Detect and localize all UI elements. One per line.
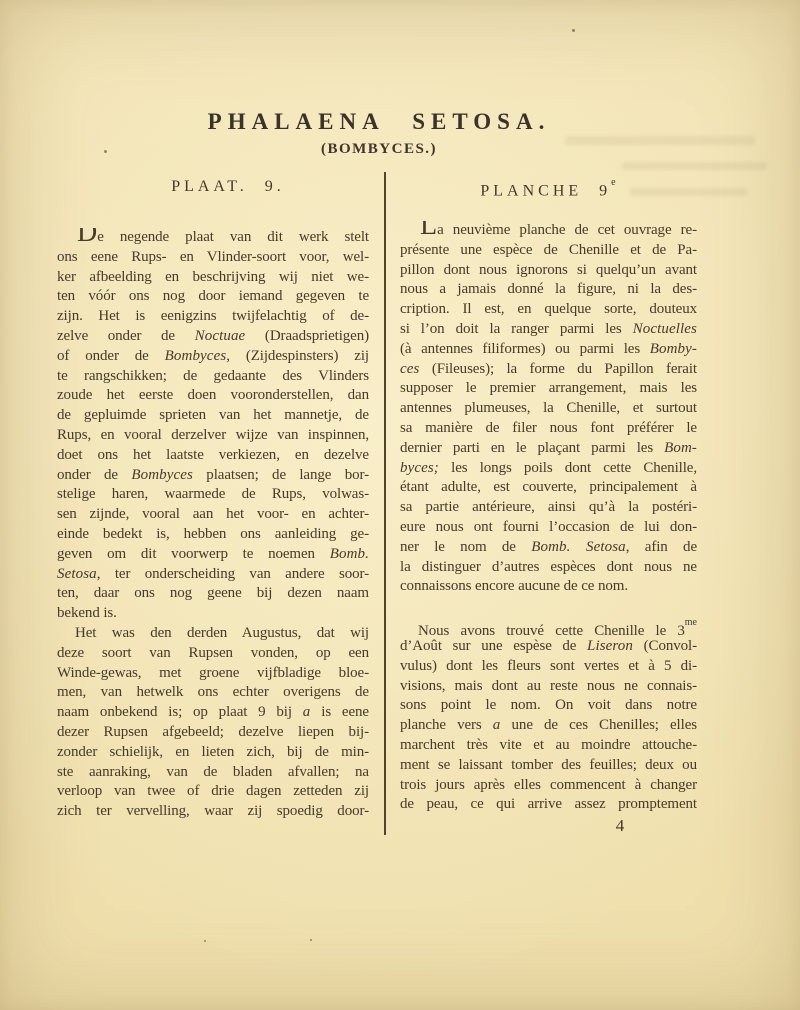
text-line: bekend is. <box>57 604 369 624</box>
text-line: sen zijnde, vooral aan het voor- en acht… <box>57 505 369 525</box>
page-subtitle: (BOMBYCES.) <box>0 140 758 158</box>
text-line: zoude het eerste doen vooronderstellen, … <box>57 386 369 406</box>
text-line: étant adulte, est couverte, principaleme… <box>400 478 697 498</box>
left-column: De negende plaat van dit werk steltons e… <box>57 228 369 822</box>
text-line: zijn. Het is eenigzins twijfelachtig of … <box>57 307 369 327</box>
text-line: Winde-gewas, met groene vijfbladige bloe… <box>57 664 369 684</box>
book-page: PHALAENA SETOSA. (BOMBYCES.) PLAAT. 9. P… <box>0 0 800 1010</box>
paragraph: La neuvième planche de cet ouvrage re-pr… <box>400 221 697 597</box>
text-line: sa manière de filer nous font préférer l… <box>400 419 697 439</box>
text-line: Het was den derden Augustus, dat wij <box>57 624 369 644</box>
text-line: byces; les longs poils dont cette Chenil… <box>400 459 697 479</box>
text-line: ten, daar ons nog geene bij dezen naam <box>57 584 369 604</box>
text-line: la distinguer d’autres espèces dont nous… <box>400 558 697 578</box>
page-number: 4 <box>608 816 632 836</box>
text-line: stelige haren, waarmede de Rups, volwas- <box>57 485 369 505</box>
text-line: visions, mais dont au reste nous ne conn… <box>400 677 697 697</box>
text-line: dernier parti en le plaçant parmi les Bo… <box>400 439 697 459</box>
text-line: vulus) dont les fleurs sont vertes et à … <box>400 657 697 677</box>
text-line: sa partie antérieure, ainsi qu’à la post… <box>400 498 697 518</box>
text-line: zonder schielijk, en lieten zich, bij de… <box>57 743 369 763</box>
paragraph: De negende plaat van dit werk steltons e… <box>57 228 369 624</box>
right-column-heading: PLANCHE 9e <box>400 177 696 201</box>
text-line: (à antennes filiformes) ou parmi les Bom… <box>400 340 697 360</box>
raised-initial-capital: D <box>77 228 97 248</box>
text-line: nous a jamais donné la figure, ni la des… <box>400 280 697 300</box>
text-line: La neuvième planche de cet ouvrage re- <box>400 221 697 241</box>
text-line: Rups, en vooral derzelver wijze van insp… <box>57 426 369 446</box>
text-line: onder de Bombyces plaatsen; de lange bor… <box>57 466 369 486</box>
text-line: ste aanraking, van de bladen afvallen; n… <box>57 763 369 783</box>
text-line: ten vóór ons nog door iemand gegeven te <box>57 287 369 307</box>
text-line: dezer Rupsen afgebeeld; dezelve liepen b… <box>57 723 369 743</box>
paper-speck <box>204 940 206 942</box>
text-line: ons eene Rups- en Vlinder-soort voor, we… <box>57 248 369 268</box>
text-line: men, van hetwelk ons echter overigens de <box>57 683 369 703</box>
text-line: Nous avons trouvé cette Chenille le 3me <box>400 617 697 637</box>
text-line: geven om dit voorwerp te noemen Bomb. <box>57 545 369 565</box>
text-line: de peau, ce qui arrive assez promptement <box>400 795 697 815</box>
paragraph: Nous avons trouvé cette Chenille le 3med… <box>400 617 697 815</box>
text-line: naam onbekend is; op plaat 9 bij a is ee… <box>57 703 369 723</box>
paper-speck <box>310 939 312 941</box>
text-line: connaissons encore aucune de ce nom. <box>400 577 697 597</box>
text-line: trois jours après elles commencent à cha… <box>400 776 697 796</box>
text-line: pillon dont nous ignorons si quelqu’un a… <box>400 261 697 281</box>
text-line: ment se laissant tomber des feuilles; de… <box>400 756 697 776</box>
text-line: sons point le nom. On voit dans notre <box>400 696 697 716</box>
column-divider-rule <box>384 172 386 835</box>
text-line: verloop van twee of drie dagen zetteden … <box>57 782 369 802</box>
text-line: zelve onder de Noctuae (Draadsprietigen) <box>57 327 369 347</box>
text-line: De negende plaat van dit werk stelt <box>57 228 369 248</box>
text-line: d’Août sur une espèse de Liseron (Convol… <box>400 637 697 657</box>
text-line: ker afbeelding en beschrijving wij niet … <box>57 268 369 288</box>
text-line: ner le nom de Bomb. Setosa, afin de <box>400 538 697 558</box>
text-line: of onder de Bombyces, (Zijdespinsters) z… <box>57 347 369 367</box>
text-line: eure nous ont fourni l’occasion de lui d… <box>400 518 697 538</box>
text-line: te rangschikken; de gedaante des Vlinder… <box>57 367 369 387</box>
text-line: ces (Fileuses); la forme du Papillon fer… <box>400 360 697 380</box>
text-line: doet ons het laatste verkiezen, en dezel… <box>57 446 369 466</box>
show-through-mark <box>622 162 767 170</box>
text-line: cription. Il est, en quelque sorte, dout… <box>400 300 697 320</box>
paper-speck <box>572 29 575 32</box>
text-line: supposer le premier arrangement, mais le… <box>400 379 697 399</box>
left-column-heading: PLAAT. 9. <box>68 177 388 197</box>
text-line: planche vers a une de ces Chenilles; ell… <box>400 716 697 736</box>
text-line: deze soort van Rupsen vonden, op een <box>57 644 369 664</box>
text-line: de gepluimde sprieten van het mannetje, … <box>57 406 369 426</box>
paragraph: Het was den derden Augustus, dat wijdeze… <box>57 624 369 822</box>
text-line: zich ter vervelling, waar zij spoedig do… <box>57 802 369 822</box>
text-line: einde bedekt is, hebben ons aanleiding g… <box>57 525 369 545</box>
page-title: PHALAENA SETOSA. <box>0 109 758 135</box>
text-line: Setosa, ter onderscheiding van andere so… <box>57 565 369 585</box>
right-column: La neuvième planche de cet ouvrage re-pr… <box>400 221 697 815</box>
raised-initial-capital: L <box>420 221 437 241</box>
text-line: présente une espèce de Chenille et de Pa… <box>400 241 697 261</box>
text-line: si l’on doit la ranger parmi les Noctuel… <box>400 320 697 340</box>
text-line: marchent très vite et au moindre attouch… <box>400 736 697 756</box>
text-line: antennes plumeuses, la Chenille, et surt… <box>400 399 697 419</box>
